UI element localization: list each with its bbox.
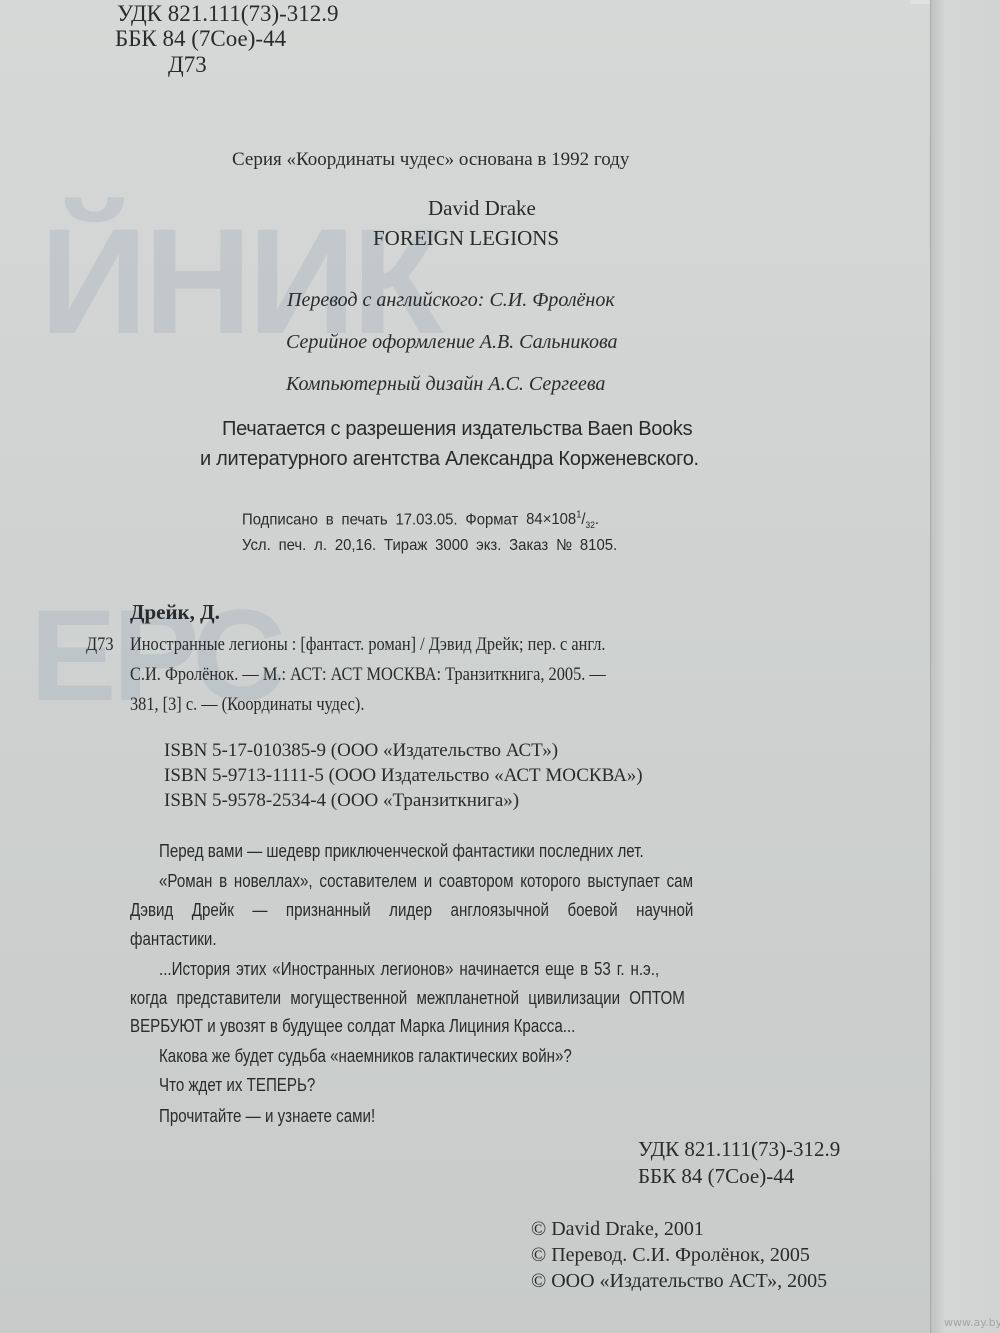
original-title: FOREIGN LEGIONS [373,226,559,251]
annotation-line: Дэвид Дрейк — признанный лидер англоязыч… [130,900,693,921]
annotation-line: Прочитайте — и узнаете сами! [159,1106,375,1127]
isbn-line: ISBN 5-9713-1111-5 (ООО Издательство «АС… [164,765,643,787]
print-info-line-2: Усл. печ. л. 20,16. Тираж 3000 экз. Зака… [242,537,617,555]
signed-label: Подписано в печать [242,511,388,528]
credit-computer-design: Компьютерный дизайн А.С. Сергеева [286,373,605,396]
copyright-line: © David Drake, 2001 [531,1218,704,1241]
credit-translation: Перевод с английского: С.И. Фролёнок [287,289,615,312]
udk-code-top: УДК 821.111(73)-312.9 [117,1,339,27]
annotation-line: ВЕРБУЮТ и увозят в будущее солдат Марка … [130,1016,575,1037]
bibliographic-author: Дрейк, Д. [130,600,220,625]
adjacent-page-edge [930,0,1000,1333]
bibliographic-line: 381, [3] с. — (Координаты чудес). [130,694,364,716]
format-value: 84×1081/32. [526,511,599,528]
annotation-line: Какова же будет судьба «наемников галакт… [159,1046,572,1067]
bibliographic-line: Иностранные легионы : [фантаст. роман] /… [130,634,605,656]
copyright-line: © Перевод. С.И. Фролёнок, 2005 [531,1244,810,1267]
bibliographic-code: Д73 [86,634,113,656]
watermark: www.ay.by [944,1316,1000,1329]
bbk-code-top: ББК 84 (7Сое)-44 [115,26,286,52]
annotation-line: «Роман в новеллах», составителем и соавт… [159,871,693,892]
isbn-line: ISBN 5-9578-2534-4 (ООО «Транзиткнига») [164,790,519,812]
isbn-line: ISBN 5-17-010385-9 (ООО «Издательство АС… [164,740,558,762]
copyright-line: © ООО «Издательство АСТ», 2005 [531,1270,827,1293]
bibliographic-line: С.И. Фролёнок. — М.: АСТ: АСТ МОСКВА: Тр… [130,664,606,686]
format-label: Формат [465,511,518,528]
book-page: ЙНИК ЕРС УДК 821.111(73)-312.9 ББК 84 (7… [0,0,930,1333]
author-mark-top: Д73 [168,52,207,78]
annotation-line: Что ждет их ТЕПЕРЬ? [159,1075,315,1096]
annotation-line: когда представители могущественной межпл… [130,988,685,1009]
credit-series-design: Серийное оформление А.В. Сальникова [286,331,618,354]
signed-date: 17.03.05. [395,511,457,528]
bbk-code-bottom: ББК 84 (7Сое)-44 [638,1164,794,1189]
permission-line: и литературного агентства Александра Кор… [200,448,699,471]
annotation-line: Перед вами — шедевр приключенческой фант… [159,841,644,862]
udk-code-bottom: УДК 821.111(73)-312.9 [638,1137,840,1162]
annotation-line: фантастики. [130,929,217,950]
annotation-line: ...История этих «Иностранных легионов» н… [159,959,659,980]
series-note: Серия «Координаты чудес» основана в 1992… [232,149,629,171]
original-author: David Drake [428,196,536,221]
permission-line: Печатается с разрешения издательства Bae… [222,418,692,441]
print-info-line-1: Подписано в печать 17.03.05. Формат 84×1… [242,510,599,531]
